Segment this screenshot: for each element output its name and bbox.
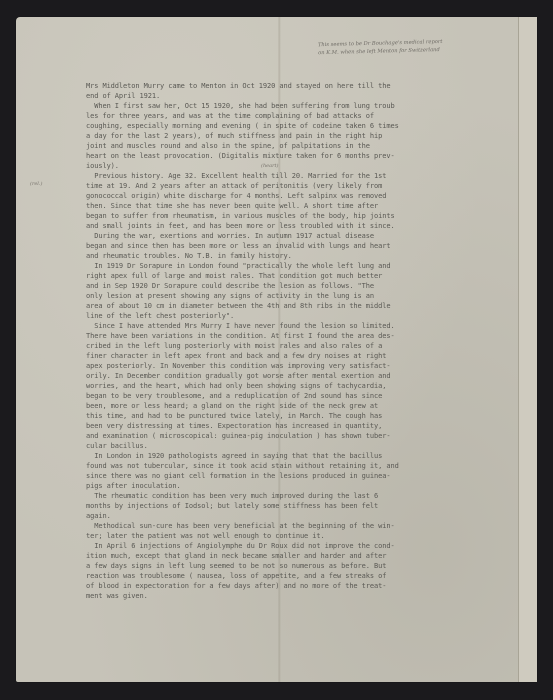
typed-line: began to be very troublesome, and a redu… bbox=[86, 391, 496, 401]
typed-line: worries, and the heart, which had only b… bbox=[86, 381, 496, 391]
typed-line: and examination ( microscopical: guinea-… bbox=[86, 431, 496, 441]
left-margin-annotation: (rel.) bbox=[30, 181, 42, 187]
typed-line: Mrs Middleton Murry came to Menton in Oc… bbox=[86, 81, 496, 91]
typed-line: coughing, especially morning and evening… bbox=[86, 121, 496, 131]
typed-line: only lesion at present showing any signs… bbox=[86, 291, 496, 301]
typed-line: During the war, exertions and worries. I… bbox=[86, 231, 496, 241]
typed-line: and small joints in feet, and has been m… bbox=[86, 221, 496, 231]
typed-line: finer character in left apex front and b… bbox=[86, 351, 496, 361]
typed-line: Previous history. Age 32. Excellent heal… bbox=[86, 171, 496, 181]
typed-line: apex posteriorly. In November this condi… bbox=[86, 361, 496, 371]
typed-line: ition much, except that gland in neck be… bbox=[86, 551, 496, 561]
typed-line: cribed in the left lung posteriorly with… bbox=[86, 341, 496, 351]
scan-background: This seems to be Dr Bouchage's medical r… bbox=[0, 0, 553, 700]
typed-line: orily. In December condition gradually g… bbox=[86, 371, 496, 381]
typed-line: ment was given. bbox=[86, 591, 496, 601]
typed-line: In April 6 injections of Angiolymphe du … bbox=[86, 541, 496, 551]
typed-line: end of April 1921. bbox=[86, 91, 496, 101]
typed-line: reaction was troublesome ( nausea, loss … bbox=[86, 571, 496, 581]
typed-line: of blood in expectoration for a few days… bbox=[86, 581, 496, 591]
typed-line: pigs after inoculation. bbox=[86, 481, 496, 491]
typed-line: iously). bbox=[86, 161, 496, 171]
typed-line: months by injections of Iodsol; but late… bbox=[86, 501, 496, 511]
typed-line: cular bacillus. bbox=[86, 441, 496, 451]
typed-line: joint and muscles round and also in the … bbox=[86, 141, 496, 151]
typewritten-page: This seems to be Dr Bouchage's medical r… bbox=[16, 17, 537, 682]
typed-line: this time, and had to be punctured twice… bbox=[86, 411, 496, 421]
typed-report-body: Mrs Middleton Murry came to Menton in Oc… bbox=[86, 81, 496, 601]
typed-line: heart on the least provocation. (Digital… bbox=[86, 151, 496, 161]
typed-line: Methodical sun-cure has been very benefi… bbox=[86, 521, 496, 531]
handwritten-annotation: This seems to be Dr Bouchage's medical r… bbox=[318, 37, 488, 57]
typed-line: ter; later the patient was not well enou… bbox=[86, 531, 496, 541]
typed-line: Since I have attended Mrs Murry I have n… bbox=[86, 321, 496, 331]
typed-line: began and since then has been more or le… bbox=[86, 241, 496, 251]
typed-line: and in Sep 1920 Dr Sorapure could descri… bbox=[86, 281, 496, 291]
typed-line: In 1919 Dr Sorapure in London found "pra… bbox=[86, 261, 496, 271]
typed-line: since there was no giant cell formation … bbox=[86, 471, 496, 481]
typed-line: right apex full of large and moist rales… bbox=[86, 271, 496, 281]
typed-line: been, more or less heard; a gland on the… bbox=[86, 401, 496, 411]
typed-line: gonococcal origin) white discharge for 4… bbox=[86, 191, 496, 201]
typed-line: a few days signs in left lung seemed to … bbox=[86, 561, 496, 571]
typed-line: a day for the last 2 years), of much sti… bbox=[86, 131, 496, 141]
typed-line: area of about 10 cm in diameter between … bbox=[86, 301, 496, 311]
typed-line: There have been variations in the condit… bbox=[86, 331, 496, 341]
typed-line: When I first saw her, Oct 15 1920, she h… bbox=[86, 101, 496, 111]
typed-line: time at 19. And 2 years after an attack … bbox=[86, 181, 496, 191]
typed-line: les for three years, and was at the time… bbox=[86, 111, 496, 121]
typed-line: found was not tubercular, since it took … bbox=[86, 461, 496, 471]
typed-line: The rheumatic condition has been very mu… bbox=[86, 491, 496, 501]
typed-line: In London in 1920 pathologists agreed in… bbox=[86, 451, 496, 461]
typed-line: again. bbox=[86, 511, 496, 521]
folded-page-edge bbox=[518, 17, 537, 682]
typed-line: then. Since that time she has never been… bbox=[86, 201, 496, 211]
typed-line: been very distressing at times. Expector… bbox=[86, 421, 496, 431]
typed-line: began to suffer from rheumatism, in vari… bbox=[86, 211, 496, 221]
typed-line: and rheumatic troubles. No T.B. in famil… bbox=[86, 251, 496, 261]
typed-line: line of the left chest posteriorly". bbox=[86, 311, 496, 321]
